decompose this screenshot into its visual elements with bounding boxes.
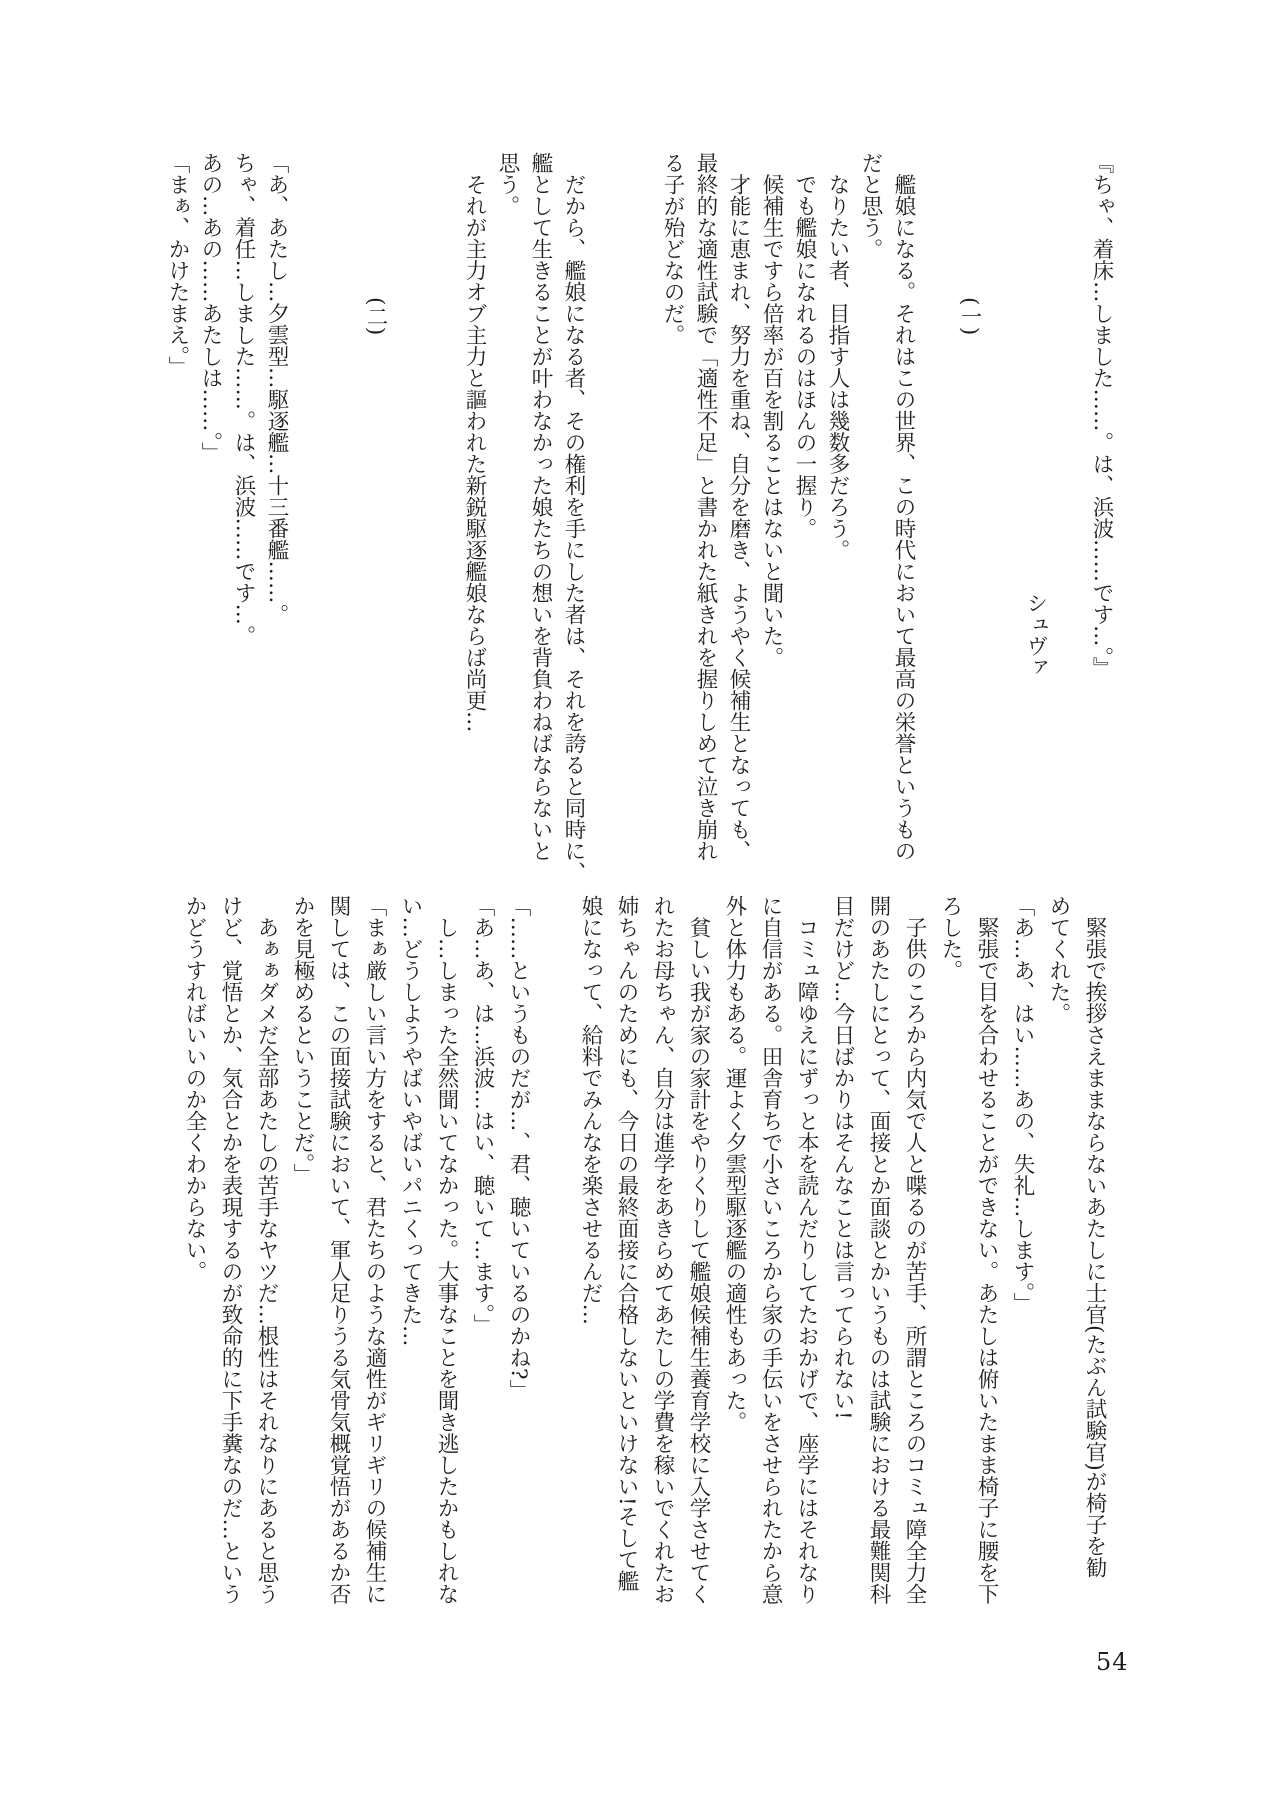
novel-page: 『ちゃ、着床…しました……。は、浜波……です…。』 シュヴァ (一) 艦娘になる… [0, 0, 1280, 1808]
text-line: 「あ、あたし…夕雲型…駆逐艦…十三番艦……。 [260, 152, 293, 918]
text-line: 『ちゃ、着床…しました……。は、浜波……です…。』 [1085, 152, 1118, 918]
text-line: 姉ちゃんのためにも、今日の最終面接に合格しないといけない!そして艦 [608, 895, 644, 1661]
text-line: 「まぁ、かけたまえ。」 [161, 152, 194, 918]
text-line: あぁぁダメだ全部あたしの苦手なヤツだ…根性はそれなりにあると思う [248, 895, 284, 1661]
section-heading: (二) [359, 152, 392, 918]
blank-line [986, 152, 1019, 918]
text-line: に自信がある。田舎育ちで小さいころから家の手伝いをさせられたから意 [752, 895, 788, 1661]
text-line: ちゃ、着任…しました……。は、浜波……です…。 [227, 152, 260, 918]
page-number: 54 [1096, 1648, 1129, 1676]
text-line: 緊張で目を合わせることができない。あたしは俯いたまま椅子に腰を下 [968, 895, 1004, 1661]
text-line: 艦として生きることが叶わなかった娘たちの想いを背負わねばならないと [524, 152, 557, 918]
text-line: 候補生ですら倍率が百を割ることはないと聞いた。 [755, 152, 788, 918]
text-line: コミュ障ゆえにずっと本を読んだりしてたおかげで、座学にはそれなり [788, 895, 824, 1661]
text-line: それが主力オブ主力と謳われた新鋭駆逐艦娘ならば尚更… [458, 152, 491, 918]
text-line: 「あ…あ、はい……あの、失礼…します。」 [1004, 895, 1040, 1661]
quote-attribution: シュヴァ [1019, 152, 1052, 918]
text-line: れたお母ちゃん、自分は進学をあきらめてあたしの学費を稼いでくれたお [644, 895, 680, 1661]
text-line: 才能に恵まれ、努力を重ね、自分を磨き、ようやく候補生となっても、 [722, 152, 755, 918]
text-line: 目だけど…今日ばかりはそんなことは言ってられない! [824, 895, 860, 1661]
blank-line [293, 152, 326, 918]
text-line: 貧しい我が家の家計をやりくりして艦娘候補生養育学校に入学させてく [680, 895, 716, 1661]
text-line: 思う。 [491, 152, 524, 918]
text-line: 「……というものだが…、君、聴いているのかね?」 [500, 895, 536, 1661]
text-line: けど、覚悟とか、気合とかを表現するのが致命的に下手糞なのだ…という [212, 895, 248, 1661]
bottom-text-block: 緊張で挨拶さえままならないあたしに士官(たぶん試験官)が椅子を勧めてくれた。「あ… [176, 895, 1112, 1661]
text-line: 「あ…あ、は…浜波…はい、聴いて…ます。」 [464, 895, 500, 1661]
text-line: 艦娘になる。それはこの世界、この時代において最高の栄誉というもの [887, 152, 920, 918]
blank-line [920, 152, 953, 918]
text-line: 関しては、この面接試験において、軍人足りうる気骨気概覚悟があるか否 [320, 895, 356, 1661]
blank-line [326, 152, 359, 918]
blank-line [590, 152, 623, 918]
text-line: ろした。 [932, 895, 968, 1661]
text-line: 「まぁ厳しい言い方をすると、君たちのような適性がギリギリの候補生に [356, 895, 392, 1661]
text-line: 緊張で挨拶さえままならないあたしに士官(たぶん試験官)が椅子を勧 [1076, 895, 1112, 1661]
text-line: 子供のころから内気で人と喋るのが苦手、所謂ところのコミュ障全力全 [896, 895, 932, 1661]
text-line: だから、艦娘になる者、その権利を手にした者は、それを誇ると同時に、 [557, 152, 590, 918]
text-line: なりたい者、目指す人は幾数多だろう。 [821, 152, 854, 918]
text-line: い…どうしようやばいやばいパニくってきた… [392, 895, 428, 1661]
text-line: かどうすればいいのか全くわからない。 [176, 895, 212, 1661]
text-line: めてくれた。 [1040, 895, 1076, 1661]
text-line: し…しまった全然聞いてなかった。大事なことを聞き逃したかもしれな [428, 895, 464, 1661]
blank-line [1052, 152, 1085, 918]
text-line: 娘になって、給料でみんなを楽させるんだ… [572, 895, 608, 1661]
text-line: でも艦娘になれるのはほんの一握り。 [788, 152, 821, 918]
text-line: あの…あの……あたしは……。」 [194, 152, 227, 918]
text-line: 開のあたしにとって、面接とか面談とかいうものは試験における最難関科 [860, 895, 896, 1661]
blank-line [623, 152, 656, 918]
text-line: 外と体力もある。運よく夕雲型駆逐艦の適性もあった。 [716, 895, 752, 1661]
text-line: 最終的な適性試験で「適性不足」と書かれた紙きれを握りしめて泣き崩れ [689, 152, 722, 918]
top-text-block: 『ちゃ、着床…しました……。は、浜波……です…。』 シュヴァ (一) 艦娘になる… [161, 152, 1118, 918]
blank-line [425, 152, 458, 918]
blank-line [536, 895, 572, 1661]
text-line: る子が殆どなのだ。 [656, 152, 689, 918]
text-line: かを見極めるということだ。」 [284, 895, 320, 1661]
section-heading: (一) [953, 152, 986, 918]
text-line: だと思う。 [854, 152, 887, 918]
blank-line [392, 152, 425, 918]
